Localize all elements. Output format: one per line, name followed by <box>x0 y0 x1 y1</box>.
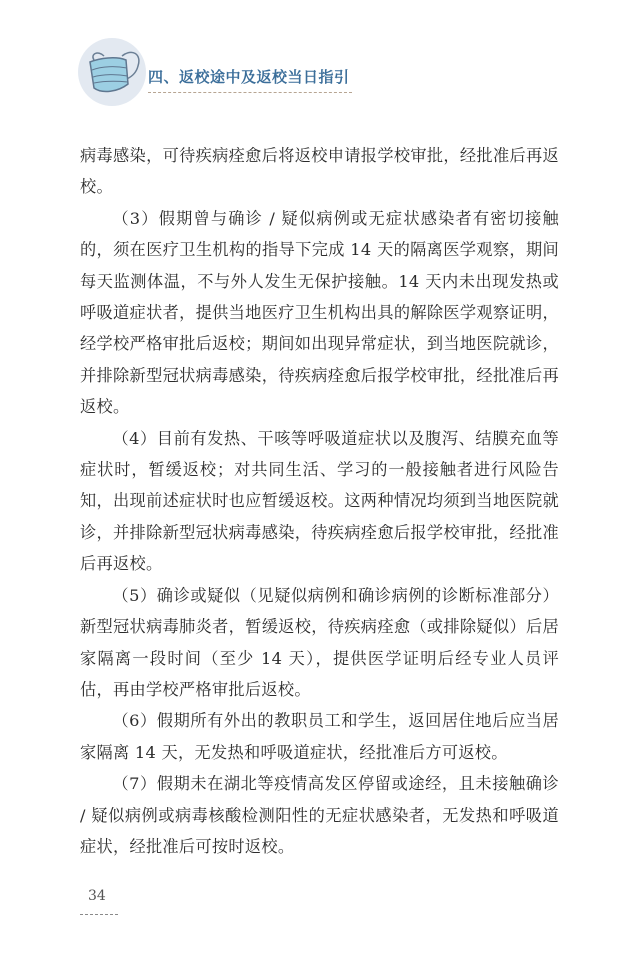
face-mask-icon <box>78 38 146 106</box>
page-number-divider <box>80 914 118 915</box>
paragraph-item-4: （4）目前有发热、干咳等呼吸道症状以及腹泻、结膜充血等症状时，暂缓返校；对共同生… <box>80 423 559 580</box>
paragraph-item-6: （6）假期所有外出的教职员工和学生，返回居住地后应当居家隔离 14 天，无发热和… <box>80 705 559 768</box>
paragraph-continued: 病毒感染，可待疾病痊愈后将返校申请报学校审批，经批准后再返校。 <box>80 140 559 203</box>
chapter-title: 四、返校途中及返校当日指引 <box>148 66 350 87</box>
paragraph-item-7: （7）假期未在湖北等疫情高发区停留或途经，且未接触确诊 / 疑似病例或病毒核酸检… <box>80 768 559 862</box>
title-divider <box>148 92 352 93</box>
page-number: 34 <box>88 888 106 904</box>
body-text: 病毒感染，可待疾病痊愈后将返校申请报学校审批，经批准后再返校。 （3）假期曾与确… <box>80 140 559 862</box>
paragraph-item-3: （3）假期曾与确诊 / 疑似病例或无症状感染者有密切接触的，须在医疗卫生机构的指… <box>80 203 559 423</box>
paragraph-item-5: （5）确诊或疑似（见疑似病例和确诊病例的诊断标准部分）新型冠状病毒肺炎者，暂缓返… <box>80 580 559 706</box>
